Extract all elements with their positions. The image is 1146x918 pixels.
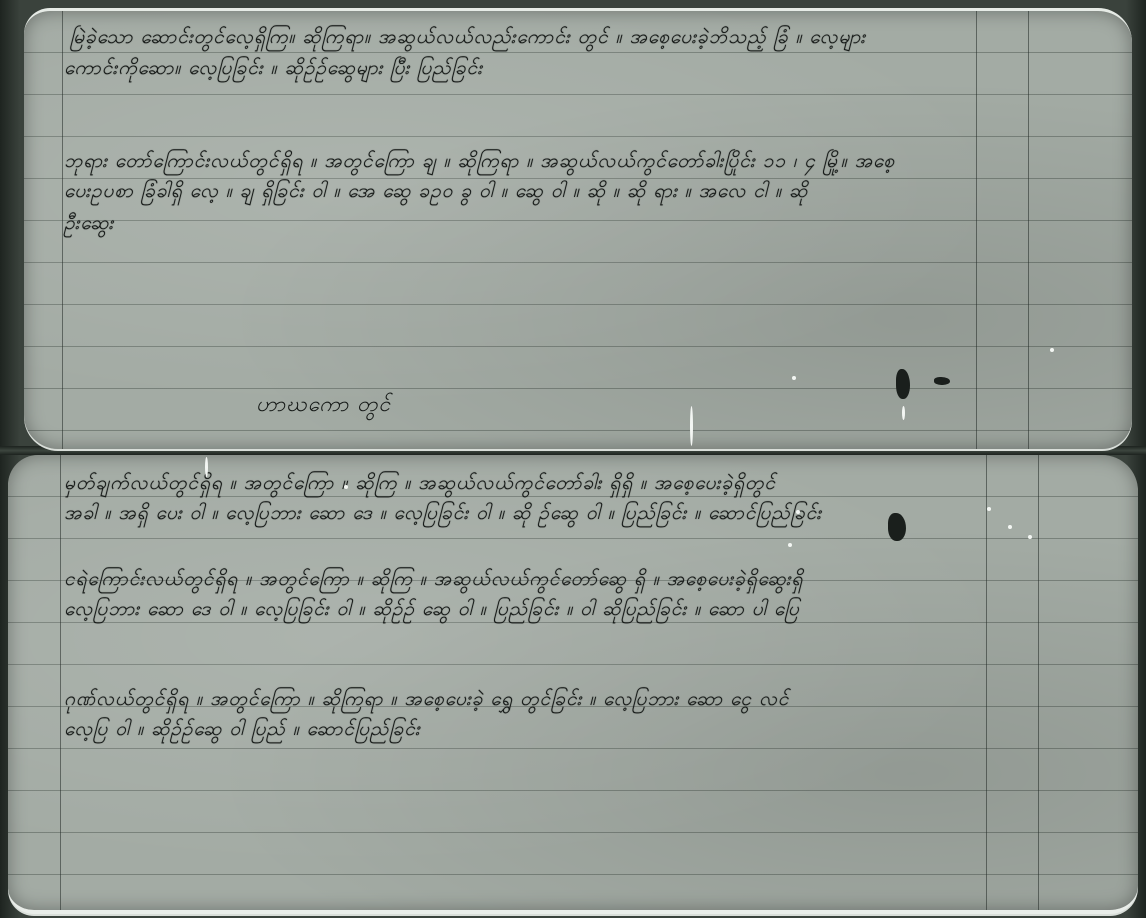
scratch <box>690 406 693 446</box>
speck <box>344 485 348 489</box>
speck <box>1008 525 1012 529</box>
speck <box>987 507 991 511</box>
text-line: ကောင်းကိုဆော။ လေ့ပြခြင်း ။ ဆိုဥ်ဥ်ဆွေမျာ… <box>64 56 483 84</box>
left-margin-rule <box>62 11 63 449</box>
speck <box>1050 348 1054 352</box>
text-line: ဦးဆွေး <box>64 211 114 239</box>
speck <box>792 376 796 380</box>
text-line: ပေးဥပစာ ခြံခါရှိ လေ့ ။ ချ ရှိခြင်း ဝါ ။ … <box>64 179 808 207</box>
text-line: ဘုရား တော်ကြောင်းလယ်တွင်ရှိရ ။ အတွင်ကြော… <box>64 149 895 177</box>
ink-stain <box>934 377 950 385</box>
text-line: ဂုဏ်လယ်တွင်ရှိရ ။ အတွင်ကြော ။ ဆိုကြရာ ။ … <box>64 687 789 715</box>
right-margin-rule-2 <box>1038 455 1039 910</box>
right-margin-rule-1 <box>986 455 987 910</box>
scratch <box>902 406 905 420</box>
speck <box>796 510 800 514</box>
text-line: မြဲခဲ့သော ဆောင်းတွင်လေ့ရှိကြ။ ဆိုကြရာ။ အ… <box>70 25 866 53</box>
right-margin-rule-2 <box>1028 11 1029 449</box>
speck <box>788 543 792 547</box>
scratch <box>205 457 208 477</box>
text-line: အခါ ။ အရှိ ပေး ဝါ ။ လေ့ပြဘား ဆော ဒေ ။ လေ… <box>64 501 822 529</box>
left-margin-rule <box>60 455 61 910</box>
text-line: မှတ်ချက်လယ်တွင်ရှိရ ။ အတွင်ကြော ။ ဆိုကြ … <box>64 471 776 499</box>
manuscript-scan: မြဲခဲ့သော ဆောင်းတွင်လေ့ရှိကြ။ ဆိုကြရာ။ အ… <box>0 0 1146 918</box>
text-line: လေ့ပြ ဝါ ။ ဆိုဥ်ဥ်ဆွေ ဝါ ပြည် ။ ဆောင်ပြည… <box>64 717 421 745</box>
top-leaf: မြဲခဲ့သော ဆောင်းတွင်လေ့ရှိကြ။ ဆိုကြရာ။ အ… <box>24 8 1132 449</box>
text-line: ငရဲကြောင်းလယ်တွင်ရှိရ ။ အတွင်ကြော ။ ဆိုက… <box>64 567 803 595</box>
bottom-leaf: မှတ်ချက်လယ်တွင်ရှိရ ။ အတွင်ကြော ။ ဆိုကြ … <box>8 455 1138 914</box>
section-heading: ဟာဃကော တွင် <box>256 391 391 422</box>
right-margin-rule-1 <box>976 11 977 449</box>
ink-stain <box>888 513 906 541</box>
speck <box>1028 535 1032 539</box>
ink-stain <box>896 369 910 399</box>
text-line: လေ့ပြဘား ဆော ဒေ ဝါ ။ လေ့ပြခြင်း ဝါ ။ ဆို… <box>64 597 800 625</box>
